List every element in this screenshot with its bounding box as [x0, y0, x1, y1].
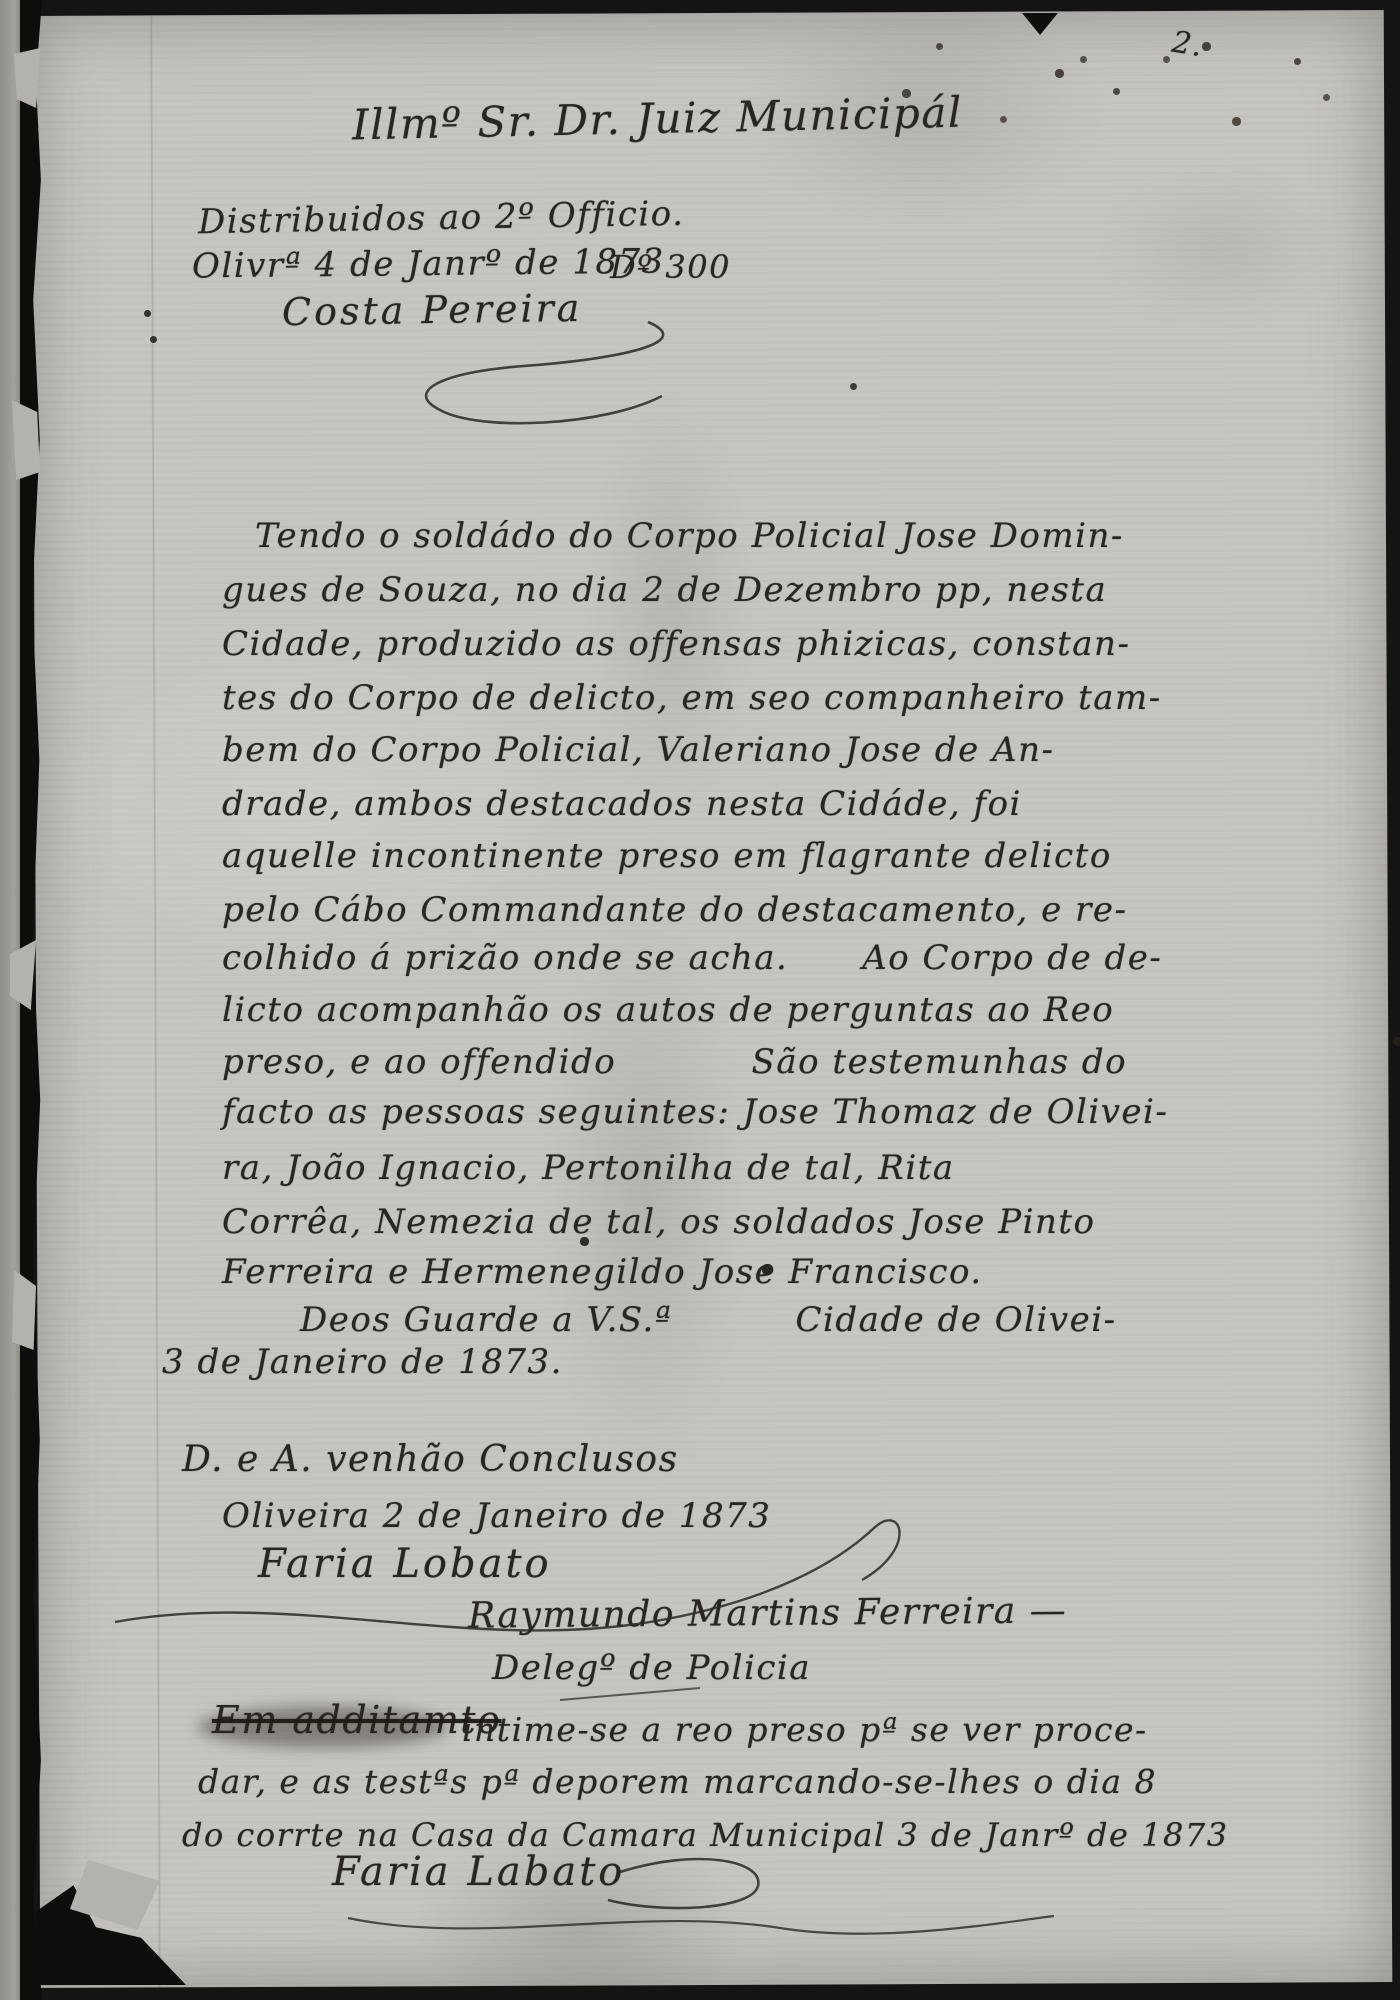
body-line: colhido á prizão onde se acha. Ao Corpo …: [222, 940, 1162, 977]
torn-paper-fragment: [14, 48, 40, 108]
body-line: ra, João Ignacio, Pertonilha de tal, Rit…: [222, 1150, 955, 1187]
struck-word: Em additamto: [212, 1700, 501, 1742]
ink-speckles: [0, 0, 3, 3]
body-line: gues de Souza, no dia 2 de Dezembro pp, …: [222, 572, 1107, 609]
signature-faria-labato: Faria Labato: [332, 1850, 625, 1894]
body-line: bem do Corpo Policial, Valeriano Jose de…: [222, 732, 1055, 769]
body-line: Deos Guarde a V.S.ª Cidade de Olivei-: [300, 1302, 1117, 1339]
signature-costa-pereira: Costa Pereira: [282, 288, 583, 334]
distribution-line-2: Olivrª 4 de Janrº de 1873: [192, 244, 665, 286]
case-number: Dº 300: [610, 250, 731, 285]
dispatch-conclusos-line-1: D. e A. venhão Conclusos: [182, 1440, 679, 1480]
body-line: Ferreira e Hermenegildo Jose Francisco.: [222, 1254, 983, 1291]
body-line: facto as pessoas seguintes: Jose Thomaz …: [222, 1094, 1168, 1131]
body-line: Corrêa, Nemezia de tal, os soldados Jose…: [222, 1204, 1096, 1241]
torn-paper-fragment: [12, 400, 40, 480]
body-line: pelo Cábo Commandante do destacamento, e…: [222, 892, 1127, 929]
dispatch-intimacao-line-3: do corrte na Casa da Camara Municipal 3 …: [182, 1818, 1229, 1853]
page-crease: [150, 15, 162, 1987]
manuscript-scan: 2. Illmº Sr. Dr. Juiz Municipál Distribu…: [0, 0, 1400, 2000]
body-line: licto acompanhão os autos de perguntas a…: [222, 992, 1114, 1029]
delegate-title: Delegº de Policia: [492, 1650, 811, 1687]
signature-faria-lobato: Faria Lobato: [258, 1542, 552, 1586]
dispatch-intimacao-line-1: intime-se a reo preso pª se ver proce-: [462, 1712, 1148, 1748]
dispatch-conclusos-line-2: Oliveira 2 de Janeiro de 1873: [222, 1498, 771, 1535]
body-line: 3 de Janeiro de 1873.: [162, 1344, 563, 1381]
signature-raymundo-martins-ferreira: Raymundo Martins Ferreira —: [468, 1591, 1068, 1636]
body-line: aquelle incontinente preso em flagrante …: [222, 838, 1112, 875]
body-line: Cidade, produzido as offensas phizicas, …: [222, 626, 1130, 663]
body-line: tes do Corpo de delicto, em seo companhe…: [222, 680, 1162, 717]
body-line: drade, ambos destacados nesta Cidáde, fo…: [222, 786, 1022, 823]
body-line: preso, e ao offendido São testemunhas do: [222, 1044, 1127, 1081]
dispatch-intimacao-line-2: dar, e as testªs pª deporem marcando-se-…: [198, 1764, 1157, 1800]
distribution-line-1: Distribuidos ao 2º Officio.: [198, 196, 685, 242]
body-line: Tendo o soldádo do Corpo Policial Jose D…: [255, 518, 1124, 555]
page-number: 2.: [1170, 26, 1206, 64]
